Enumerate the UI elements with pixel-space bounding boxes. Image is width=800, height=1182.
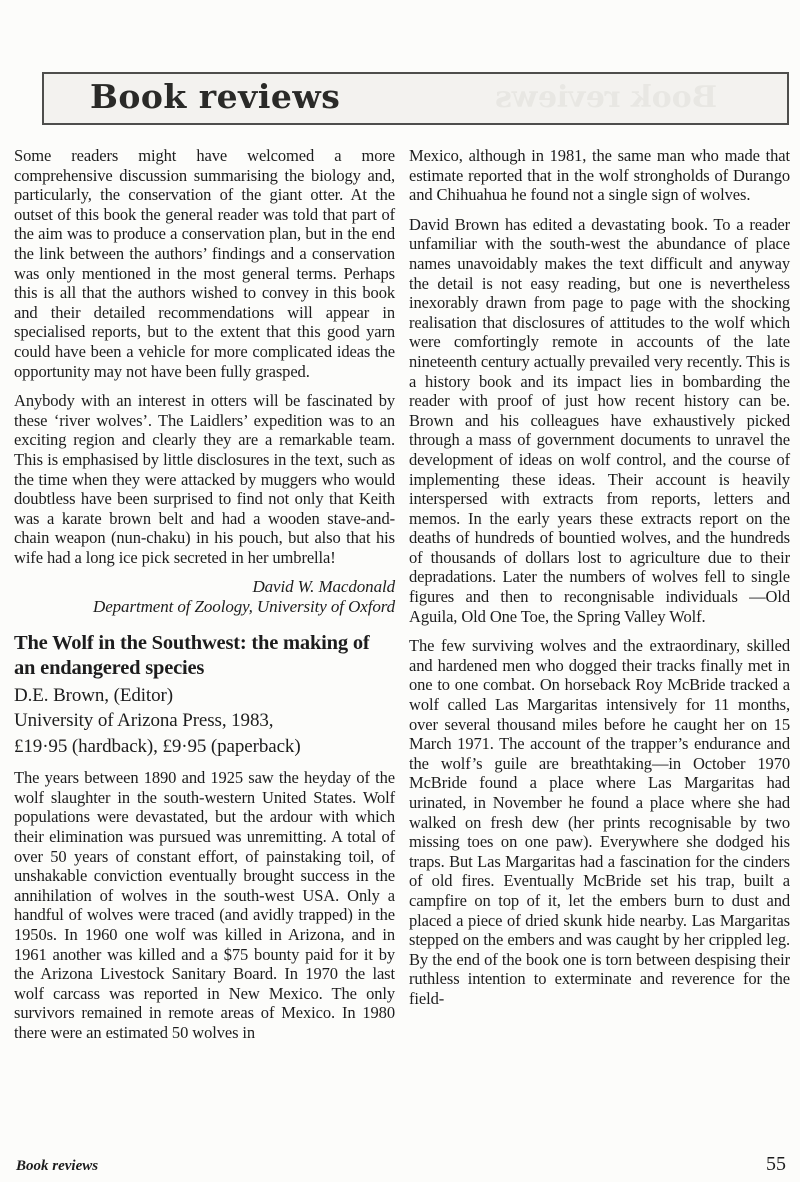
review-paragraph: Anybody with an interest in otters will …: [14, 391, 395, 567]
review-paragraph: Some readers might have welcomed a more …: [14, 146, 395, 381]
reviewer-signature: David W. Macdonald Department of Zoology…: [14, 577, 395, 616]
footer-section-label: Book reviews: [16, 1158, 98, 1175]
scanned-journal-page: Book reviews Book reviews Some readers m…: [0, 0, 800, 1182]
reviewer-affiliation: Department of Zoology, University of Oxf…: [14, 597, 395, 617]
book-price: £19·95 (hardback), £9·95 (paperback): [14, 734, 395, 760]
review-paragraph: The years between 1890 and 1925 saw the …: [14, 768, 395, 1042]
two-column-text-area: Some readers might have welcomed a more …: [14, 146, 790, 1052]
review-paragraph: Mexico, although in 1981, the same man w…: [409, 146, 790, 205]
left-column: Some readers might have welcomed a more …: [14, 146, 395, 1052]
header-showthrough-ghost: Book reviews: [495, 80, 717, 115]
book-title-heading: The Wolf in the Southwest: the making of…: [14, 631, 395, 681]
book-details: D.E. Brown, (Editor) University of Arizo…: [14, 683, 395, 760]
page-title: Book reviews: [90, 77, 340, 116]
page-header-box: Book reviews Book reviews: [42, 72, 789, 125]
page-number: 55: [766, 1153, 786, 1176]
review-paragraph: The few surviving wolves and the extraor…: [409, 636, 790, 1008]
book-editor: D.E. Brown, (Editor): [14, 683, 395, 709]
right-column: Mexico, although in 1981, the same man w…: [409, 146, 790, 1052]
book-publisher: University of Arizona Press, 1983,: [14, 708, 395, 734]
page-footer: Book reviews 55: [16, 1153, 786, 1176]
review-paragraph: David Brown has edited a devastating boo…: [409, 215, 790, 626]
reviewer-name: David W. Macdonald: [14, 577, 395, 597]
